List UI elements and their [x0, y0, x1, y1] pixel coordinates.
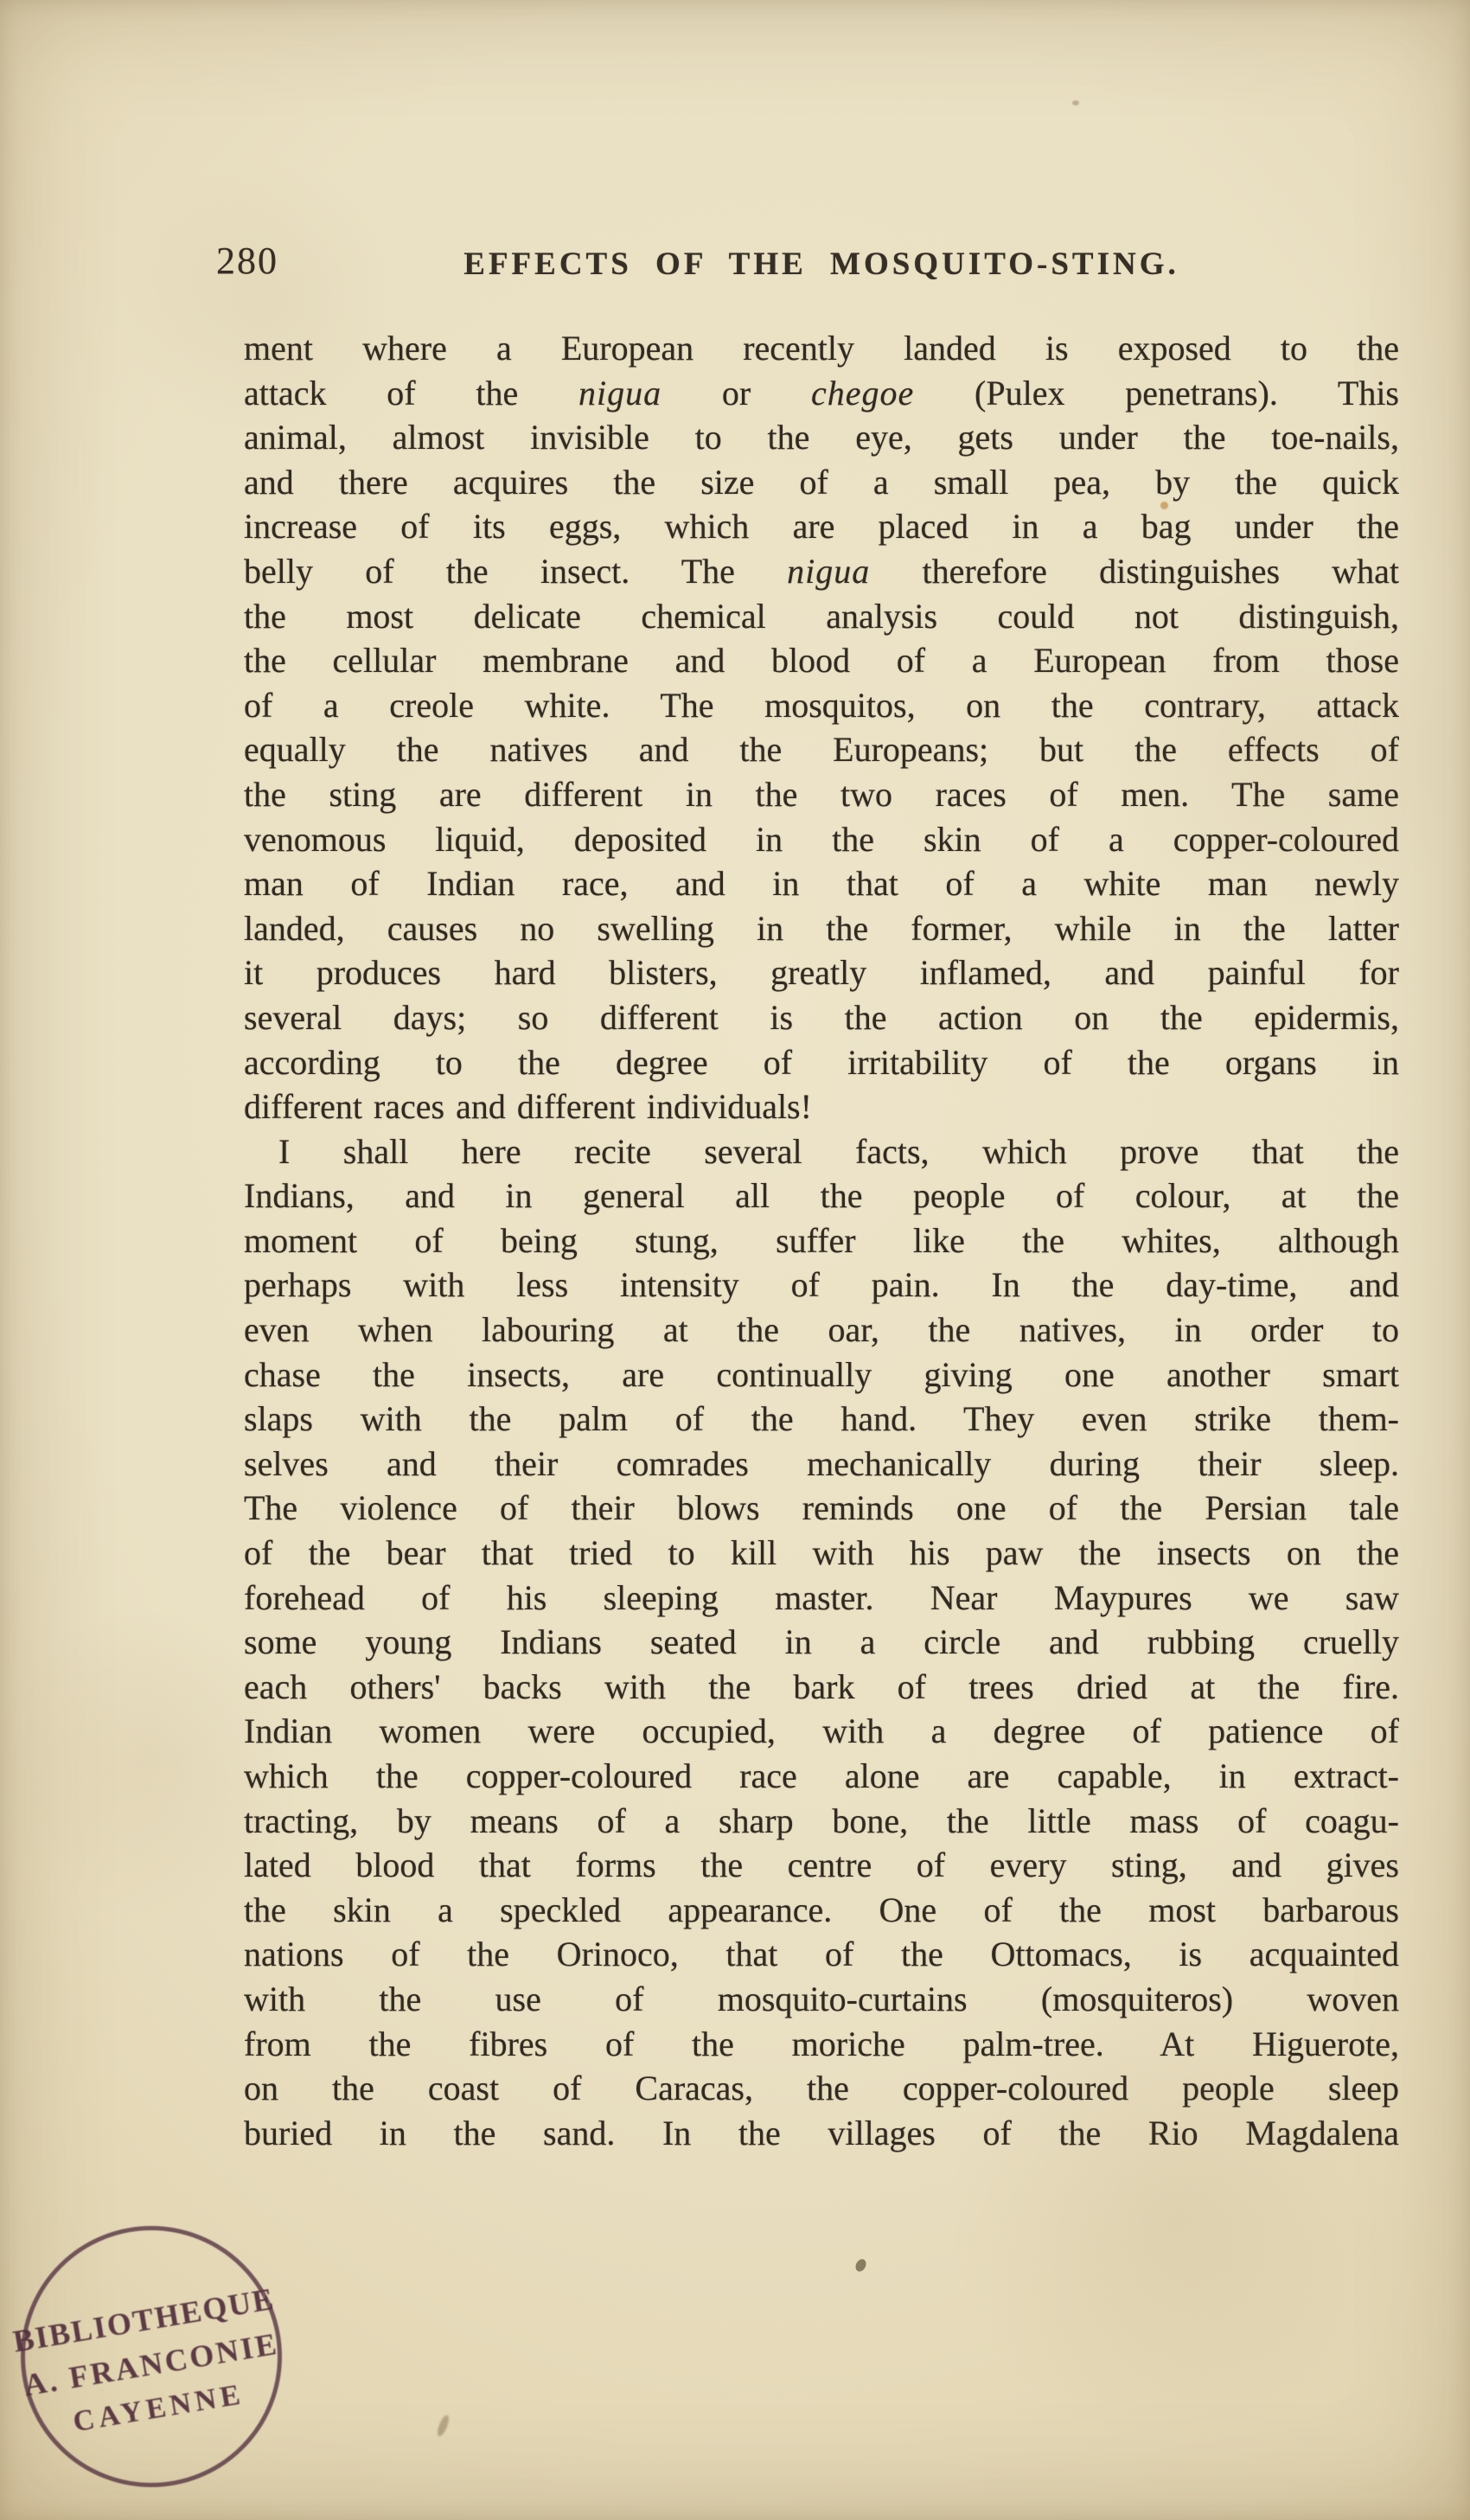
body-line: according to the degree of irritability … [244, 1040, 1399, 1085]
body-line: buried in the sand. In the villages of t… [244, 2111, 1399, 2156]
body-line: different races and different individual… [244, 1084, 1399, 1129]
library-stamp: BIBLIOTHEQUE A. FRANCONIE CAYENNE [21, 2226, 282, 2487]
body-line: landed, causes no swelling in the former… [244, 906, 1399, 951]
body-line: even when labouring at the oar, the nati… [244, 1308, 1399, 1353]
body-line: belly of the insect. The nigua therefore… [244, 549, 1399, 594]
body-line: and there acquires the size of a small p… [244, 460, 1399, 505]
body-line: nations of the Orinoco, that of the Otto… [244, 1932, 1399, 1977]
body-line: Indian women were occupied, with a degre… [244, 1709, 1399, 1754]
body-line: selves and their comrades mechanically d… [244, 1442, 1399, 1487]
body-line: Indians, and in general all the people o… [244, 1174, 1399, 1218]
body-line: with the use of mosquito-curtains (mosqu… [244, 1977, 1399, 2022]
body-line: perhaps with less intensity of pain. In … [244, 1263, 1399, 1308]
book-page-scan: 280 EFFECTS OF THE MOSQUITO-STING. ment … [0, 0, 1470, 2520]
body-line: equally the natives and the Europeans; b… [244, 727, 1399, 772]
body-line: ment where a European recently landed is… [244, 326, 1399, 371]
ink-speck [853, 2257, 868, 2273]
body-text: ment where a European recently landed is… [244, 326, 1399, 2155]
body-line: forehead of his sleeping master. Near Ma… [244, 1576, 1399, 1621]
body-line: of the bear that tried to kill with his … [244, 1531, 1399, 1576]
body-line: moment of being stung, suffer like the w… [244, 1218, 1399, 1263]
body-line: I shall here recite several facts, which… [244, 1129, 1399, 1174]
body-line: man of Indian race, and in that of a whi… [244, 861, 1399, 906]
body-line: animal, almost invisible to the eye, get… [244, 415, 1399, 460]
body-line: tracting, by means of a sharp bone, the … [244, 1799, 1399, 1844]
body-line: the sting are different in the two races… [244, 772, 1399, 817]
body-line: on the coast of Caracas, the copper-colo… [244, 2066, 1399, 2111]
body-line: the most delicate chemical analysis coul… [244, 594, 1399, 639]
body-line: The violence of their blows reminds one … [244, 1486, 1399, 1531]
body-line: venomous liquid, deposited in the skin o… [244, 817, 1399, 862]
body-line: lated blood that forms the centre of eve… [244, 1843, 1399, 1888]
body-line: attack of the nigua or chegoe (Pulex pen… [244, 371, 1399, 416]
body-line: the skin a speckled appearance. One of t… [244, 1888, 1399, 1933]
body-line: the cellular membrane and blood of a Eur… [244, 638, 1399, 683]
body-line: from the fibres of the moriche palm-tree… [244, 2022, 1399, 2067]
body-line: it produces hard blisters, greatly infla… [244, 950, 1399, 995]
body-line: slaps with the palm of the hand. They ev… [244, 1397, 1399, 1442]
body-line: which the copper-coloured race alone are… [244, 1754, 1399, 1799]
library-stamp-text: BIBLIOTHEQUE A. FRANCONIE CAYENNE [0, 2274, 308, 2455]
foxing-speck [1072, 100, 1079, 106]
body-line: some young Indians seated in a circle an… [244, 1620, 1399, 1665]
body-line: several days; so different is the action… [244, 995, 1399, 1040]
running-header: EFFECTS OF THE MOSQUITO-STING. [244, 246, 1399, 283]
body-line: increase of its eggs, which are placed i… [244, 504, 1399, 549]
body-line: chase the insects, are continually givin… [244, 1353, 1399, 1398]
body-line: each others' backs with the bark of tree… [244, 1665, 1399, 1710]
ink-speck [435, 2414, 451, 2437]
body-line: of a creole white. The mosquitos, on the… [244, 683, 1399, 728]
